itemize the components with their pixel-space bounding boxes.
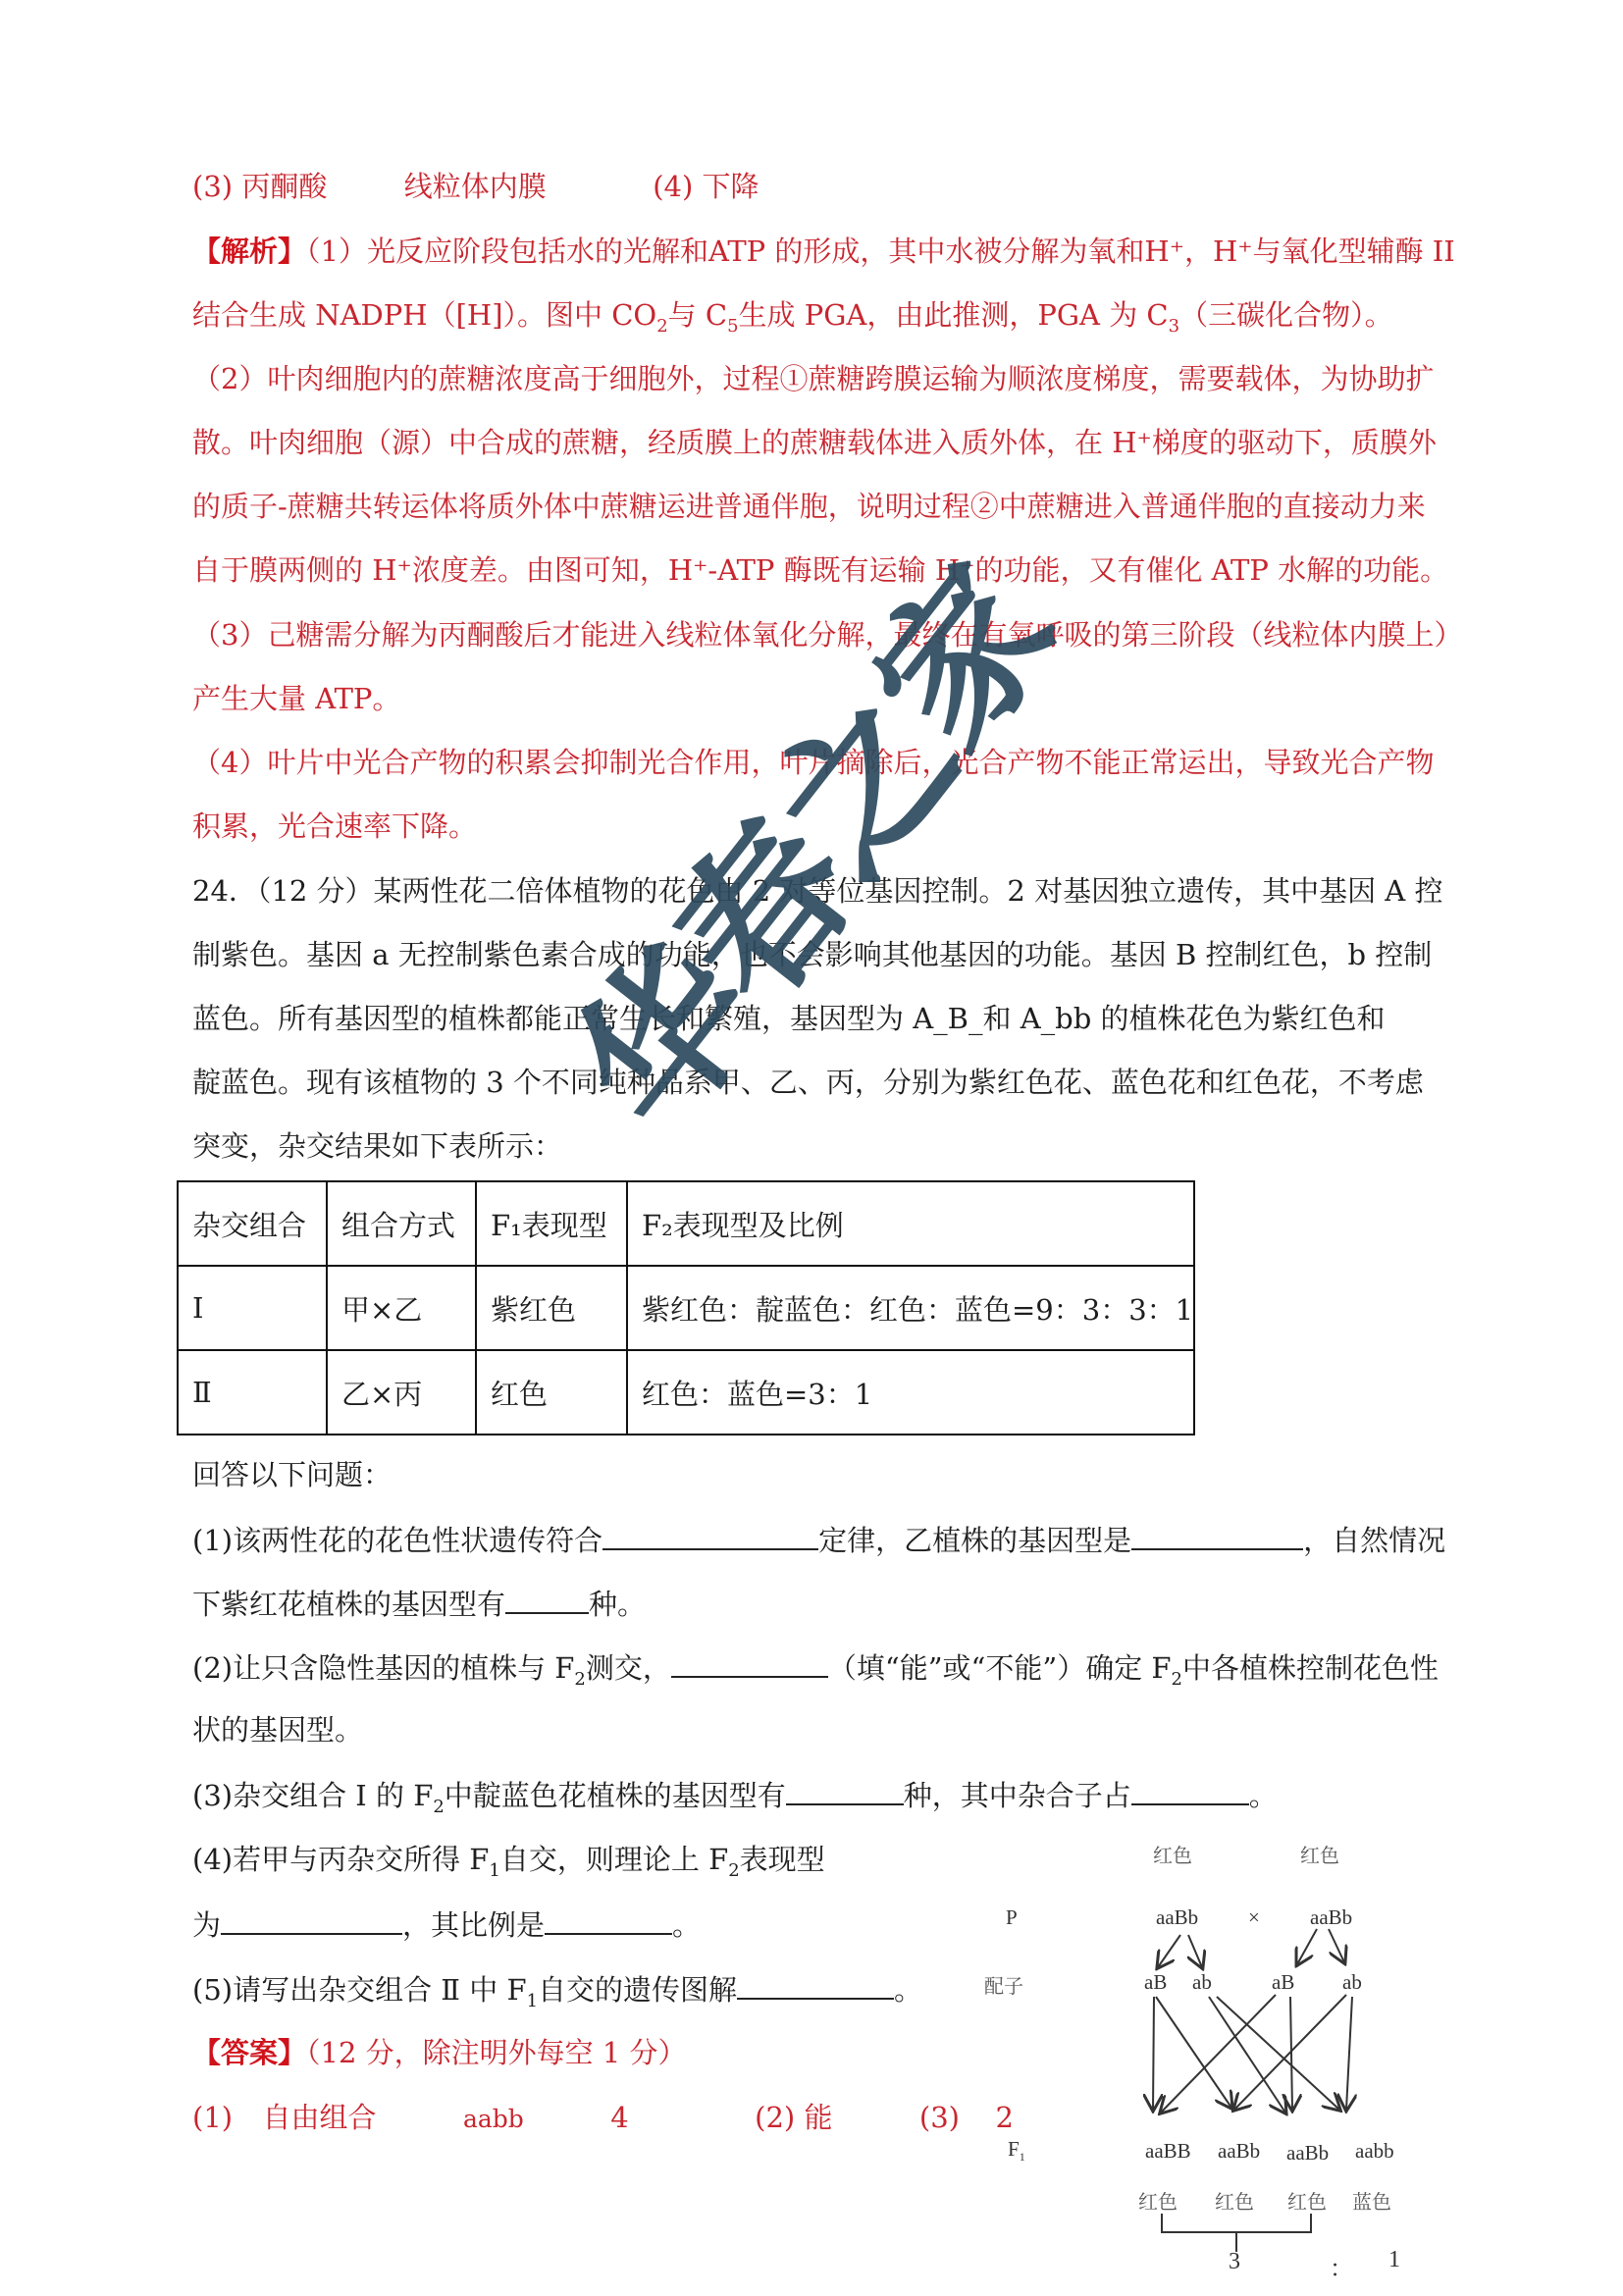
answer-tag: 【答案】 [192, 2036, 306, 2069]
answer-label: (2) [755, 2101, 795, 2134]
table-header: 组合方式 [327, 1181, 476, 1266]
table-header: F₂表现型及比例 [627, 1181, 1194, 1266]
analysis-p3-line1: （3）己糖需分解为丙酮酸后才能进入线粒体氧化分解，最终在有氧呼吸的第三阶段（线粒… [192, 615, 1462, 654]
analysis-tag: 【解析】 [192, 235, 306, 268]
offspring-phenotype: 红色 [1138, 2186, 1178, 2215]
text: (5)请写出杂交组合 Ⅱ 中 F [192, 1973, 527, 2007]
answer-blank[interactable] [1131, 1519, 1303, 1550]
table-cell: 乙×丙 [327, 1350, 476, 1435]
analysis-p2-line4: 自于膜两侧的 H⁺浓度差。由图可知，H⁺-ATP 酶既有运输 H⁺的功能，又有催… [192, 550, 1448, 590]
parent-genotype-left: aaBb [1156, 1905, 1198, 1930]
answer-label: (1) [192, 2101, 233, 2134]
p-generation-label: P [1006, 1905, 1018, 1930]
table-row: Ⅱ 乙×丙 红色 红色：蓝色=3：1 [178, 1350, 1194, 1435]
cross-results-table: 杂交组合 组合方式 F₁表现型 F₂表现型及比例 Ⅰ 甲×乙 紫红色 紫红色：靛… [177, 1180, 1195, 1435]
answer-value: 能 [804, 2101, 832, 2134]
analysis-p4-line1: （4）叶片中光合产物的积累会抑制光合作用，叶片摘除后，光合产物不能正常运出，导致… [192, 743, 1434, 782]
analysis-p2-line1: （2）叶肉细胞内的蔗糖浓度高于细胞外，过程①蔗糖跨膜运输为顺浓度梯度，需要载体，… [192, 359, 1434, 398]
sub-question-4-line1: (4)若甲与丙杂交所得 F1自交，则理论上 F2表现型 [192, 1840, 825, 1891]
answer-blank[interactable] [545, 1904, 672, 1935]
text: （填“能”或“不能”）确定 F [828, 1651, 1172, 1685]
answer-blank[interactable] [602, 1519, 818, 1550]
subscript: 1 [527, 1991, 538, 2011]
sub-question-5: (5)请写出杂交组合 Ⅱ 中 F1自交的遗传图解。 [192, 1968, 922, 2021]
answer-value: aabb [463, 2105, 524, 2133]
subscript: 2 [574, 1669, 585, 1690]
table-header-row: 杂交组合 组合方式 F₁表现型 F₂表现型及比例 [178, 1181, 1194, 1266]
text: 中各植株控制花色性 [1182, 1651, 1439, 1685]
parent-genotype-right: aaBb [1310, 1905, 1352, 1930]
answer-value: 自由组合 [263, 2101, 377, 2134]
sub-question-4-line2: 为，其比例是。 [192, 1904, 701, 1945]
sub-question-2-line2: 状的基因型。 [192, 1710, 363, 1749]
prev-answer-q4-a: 下降 [703, 170, 759, 203]
subscript: 1 [489, 1860, 499, 1881]
gamete: aB [1272, 1970, 1294, 1995]
offspring-phenotype: 红色 [1215, 2186, 1254, 2215]
text: (4)若甲与丙杂交所得 F [192, 1843, 489, 1876]
parent-phenotype-left: 红色 [1153, 1840, 1192, 1868]
ratio-left: 3 [1229, 2249, 1240, 2275]
text: 种。 [589, 1588, 646, 1621]
answer-header: 【答案】（12 分，除注明外每空 1 分） [192, 2033, 687, 2072]
table-cell: 甲×乙 [327, 1266, 476, 1350]
text: 自交的遗传图解 [538, 1973, 737, 2007]
subscript: 2 [1172, 1669, 1182, 1690]
text: ，其比例是 [402, 1908, 545, 1942]
table-cell: 紫红色 [476, 1266, 627, 1350]
subscript: 2 [656, 316, 667, 337]
answer-blank[interactable] [786, 1774, 904, 1805]
answer-note: （12 分，除注明外每空 1 分） [306, 2036, 687, 2069]
text: 下紫红花植株的基因型有 [192, 1588, 505, 1621]
text: 。 [672, 1908, 701, 1942]
gamete: ab [1342, 1970, 1362, 1995]
gamete: ab [1192, 1970, 1212, 1995]
text: (2)让只含隐性基因的植株与 F [192, 1651, 574, 1685]
genetic-cross-diagram: 红色 红色 P aaBb × aaBb 配子 aB ab aB ab F1 aa… [981, 1825, 1452, 2296]
question-stem-line2: 制紫色。基因 a 无控制紫色素合成的功能，也不会影响其他基因的功能。基因 B 控… [192, 935, 1432, 974]
analysis-p2-line2: 散。叶肉细胞（源）中合成的蔗糖，经质膜上的蔗糖载体进入质外体，在 H⁺梯度的驱动… [192, 423, 1437, 462]
analysis-p1-line2: 结合生成 NADPH（[H]）。图中 CO2与 C5生成 PGA，由此推测，PG… [192, 295, 1393, 346]
table-header: F₁表现型 [476, 1181, 627, 1266]
offspring-genotype: aaBb [1286, 2141, 1329, 2166]
ratio-separator: ： [1330, 2249, 1353, 2283]
text: 结合生成 NADPH（[H]）。图中 CO [192, 298, 656, 332]
subscript: 3 [1169, 316, 1179, 337]
analysis-p2-line3: 的质子-蔗糖共转运体将质外体中蔗糖运进普通伴胞，说明过程②中蔗糖进入普通伴胞的直… [192, 487, 1426, 526]
answer-line: (1) 自由组合 aabb 4 (2) 能 (3) 2 [192, 2098, 1014, 2139]
offspring-genotype: aabb [1355, 2139, 1394, 2164]
subscript: 1 [1020, 2150, 1025, 2164]
text: 与 C [668, 298, 727, 332]
analysis-p4-line2: 积累，光合速率下降。 [192, 807, 477, 846]
text: 种，其中杂合子占 [904, 1779, 1131, 1812]
question-prompt: 回答以下问题： [192, 1455, 392, 1494]
prev-answer-q3-label: (3) [192, 170, 233, 203]
table-cell: 紫红色：靛蓝色：红色：蓝色=9：3：3：1 [627, 1266, 1194, 1350]
text: 测交， [586, 1651, 671, 1685]
text: (3)杂交组合 I 的 F [192, 1779, 433, 1812]
prev-answer-q4-label: (4) [653, 170, 693, 203]
sub-question-1-line1: (1)该两性花的花色性状遗传符合定律，乙植株的基因型是，自然情况 [192, 1519, 1445, 1560]
parent-phenotype-right: 红色 [1300, 1840, 1339, 1868]
subscript: 2 [433, 1797, 444, 1817]
text: 生成 PGA，由此推测，PGA 为 C [739, 298, 1169, 332]
sub-question-3: (3)杂交组合 I 的 F2中靛蓝色花植株的基因型有种，其中杂合子占。 [192, 1774, 1278, 1827]
question-stem-line3: 蓝色。所有基因型的植株都能正常生长和繁殖，基因型为 A_B_和 A_bb 的植株… [192, 999, 1385, 1038]
gamete-label: 配子 [984, 1970, 1023, 1999]
answer-blank[interactable] [1131, 1774, 1249, 1805]
question-stem-line4: 靛蓝色。现有该植物的 3 个不同纯种品系甲、乙、丙，分别为紫红色花、蓝色花和红色… [192, 1063, 1424, 1102]
offspring-genotype: aaBB [1145, 2139, 1191, 2164]
text: 表现型 [740, 1843, 825, 1876]
prev-answer-q3-b: 线粒体内膜 [404, 170, 547, 203]
analysis-text: （1）光反应阶段包括水的光解和ATP 的形成，其中水被分解为氧和H⁺，H⁺与氧化… [306, 235, 1455, 268]
table-row: Ⅰ 甲×乙 紫红色 紫红色：靛蓝色：红色：蓝色=9：3：3：1 [178, 1266, 1194, 1350]
text: 中靛蓝色花植株的基因型有 [445, 1779, 786, 1812]
gamete: aB [1144, 1970, 1167, 1995]
offspring-phenotype: 蓝色 [1352, 2186, 1391, 2215]
text: 。 [1249, 1779, 1278, 1812]
ratio-right: 1 [1388, 2247, 1400, 2273]
prev-answer-q3-a: 丙酮酸 [241, 170, 327, 203]
question-stem-line5: 突变，杂交结果如下表所示： [192, 1126, 562, 1166]
sub-question-1-line2: 下紫红花植株的基因型有种。 [192, 1583, 646, 1624]
table-cell: Ⅱ [178, 1350, 327, 1435]
text: 为 [192, 1908, 221, 1942]
text: 自交，则理论上 F [500, 1843, 728, 1876]
text: （三碳化合物）。 [1179, 298, 1393, 332]
offspring-phenotype: 红色 [1287, 2186, 1327, 2215]
text: ，自然情况 [1303, 1524, 1445, 1557]
text: (1)该两性花的花色性状遗传符合 [192, 1524, 602, 1557]
analysis-p3-line2: 产生大量 ATP。 [192, 679, 400, 718]
answer-blank[interactable] [671, 1646, 828, 1678]
text: 。 [894, 1973, 922, 2007]
prev-answer-line: (3) 丙酮酸 线粒体内膜 (4) 下降 [192, 167, 759, 206]
table-cell: 红色 [476, 1350, 627, 1435]
question-stem-line1: 24．（12 分）某两性花二倍体植物的花色由 2 对等位基因控制。2 对基因独立… [192, 871, 1442, 911]
subscript: 5 [727, 316, 738, 337]
table-cell: 红色：蓝色=3：1 [627, 1350, 1194, 1435]
answer-blank[interactable] [221, 1904, 402, 1935]
answer-blank[interactable] [505, 1583, 589, 1614]
cross-arrows [981, 1825, 1452, 2296]
offspring-genotype: aaBb [1218, 2139, 1260, 2164]
text: F [1008, 2137, 1020, 2161]
table-header: 杂交组合 [178, 1181, 327, 1266]
cross-symbol: × [1248, 1905, 1260, 1930]
analysis-p1-line1: 【解析】（1）光反应阶段包括水的光解和ATP 的形成，其中水被分解为氧和H⁺，H… [192, 232, 1455, 271]
answer-blank[interactable] [737, 1968, 894, 2000]
answer-value: 4 [610, 2101, 628, 2134]
text: 定律，乙植株的基因型是 [818, 1524, 1131, 1557]
table-cell: Ⅰ [178, 1266, 327, 1350]
subscript: 2 [728, 1860, 739, 1881]
sub-question-2-line1: (2)让只含隐性基因的植株与 F2测交，（填“能”或“不能”）确定 F2中各植株… [192, 1646, 1439, 1699]
answer-label: (3) [919, 2101, 960, 2134]
f1-label: F1 [1008, 2137, 1025, 2165]
